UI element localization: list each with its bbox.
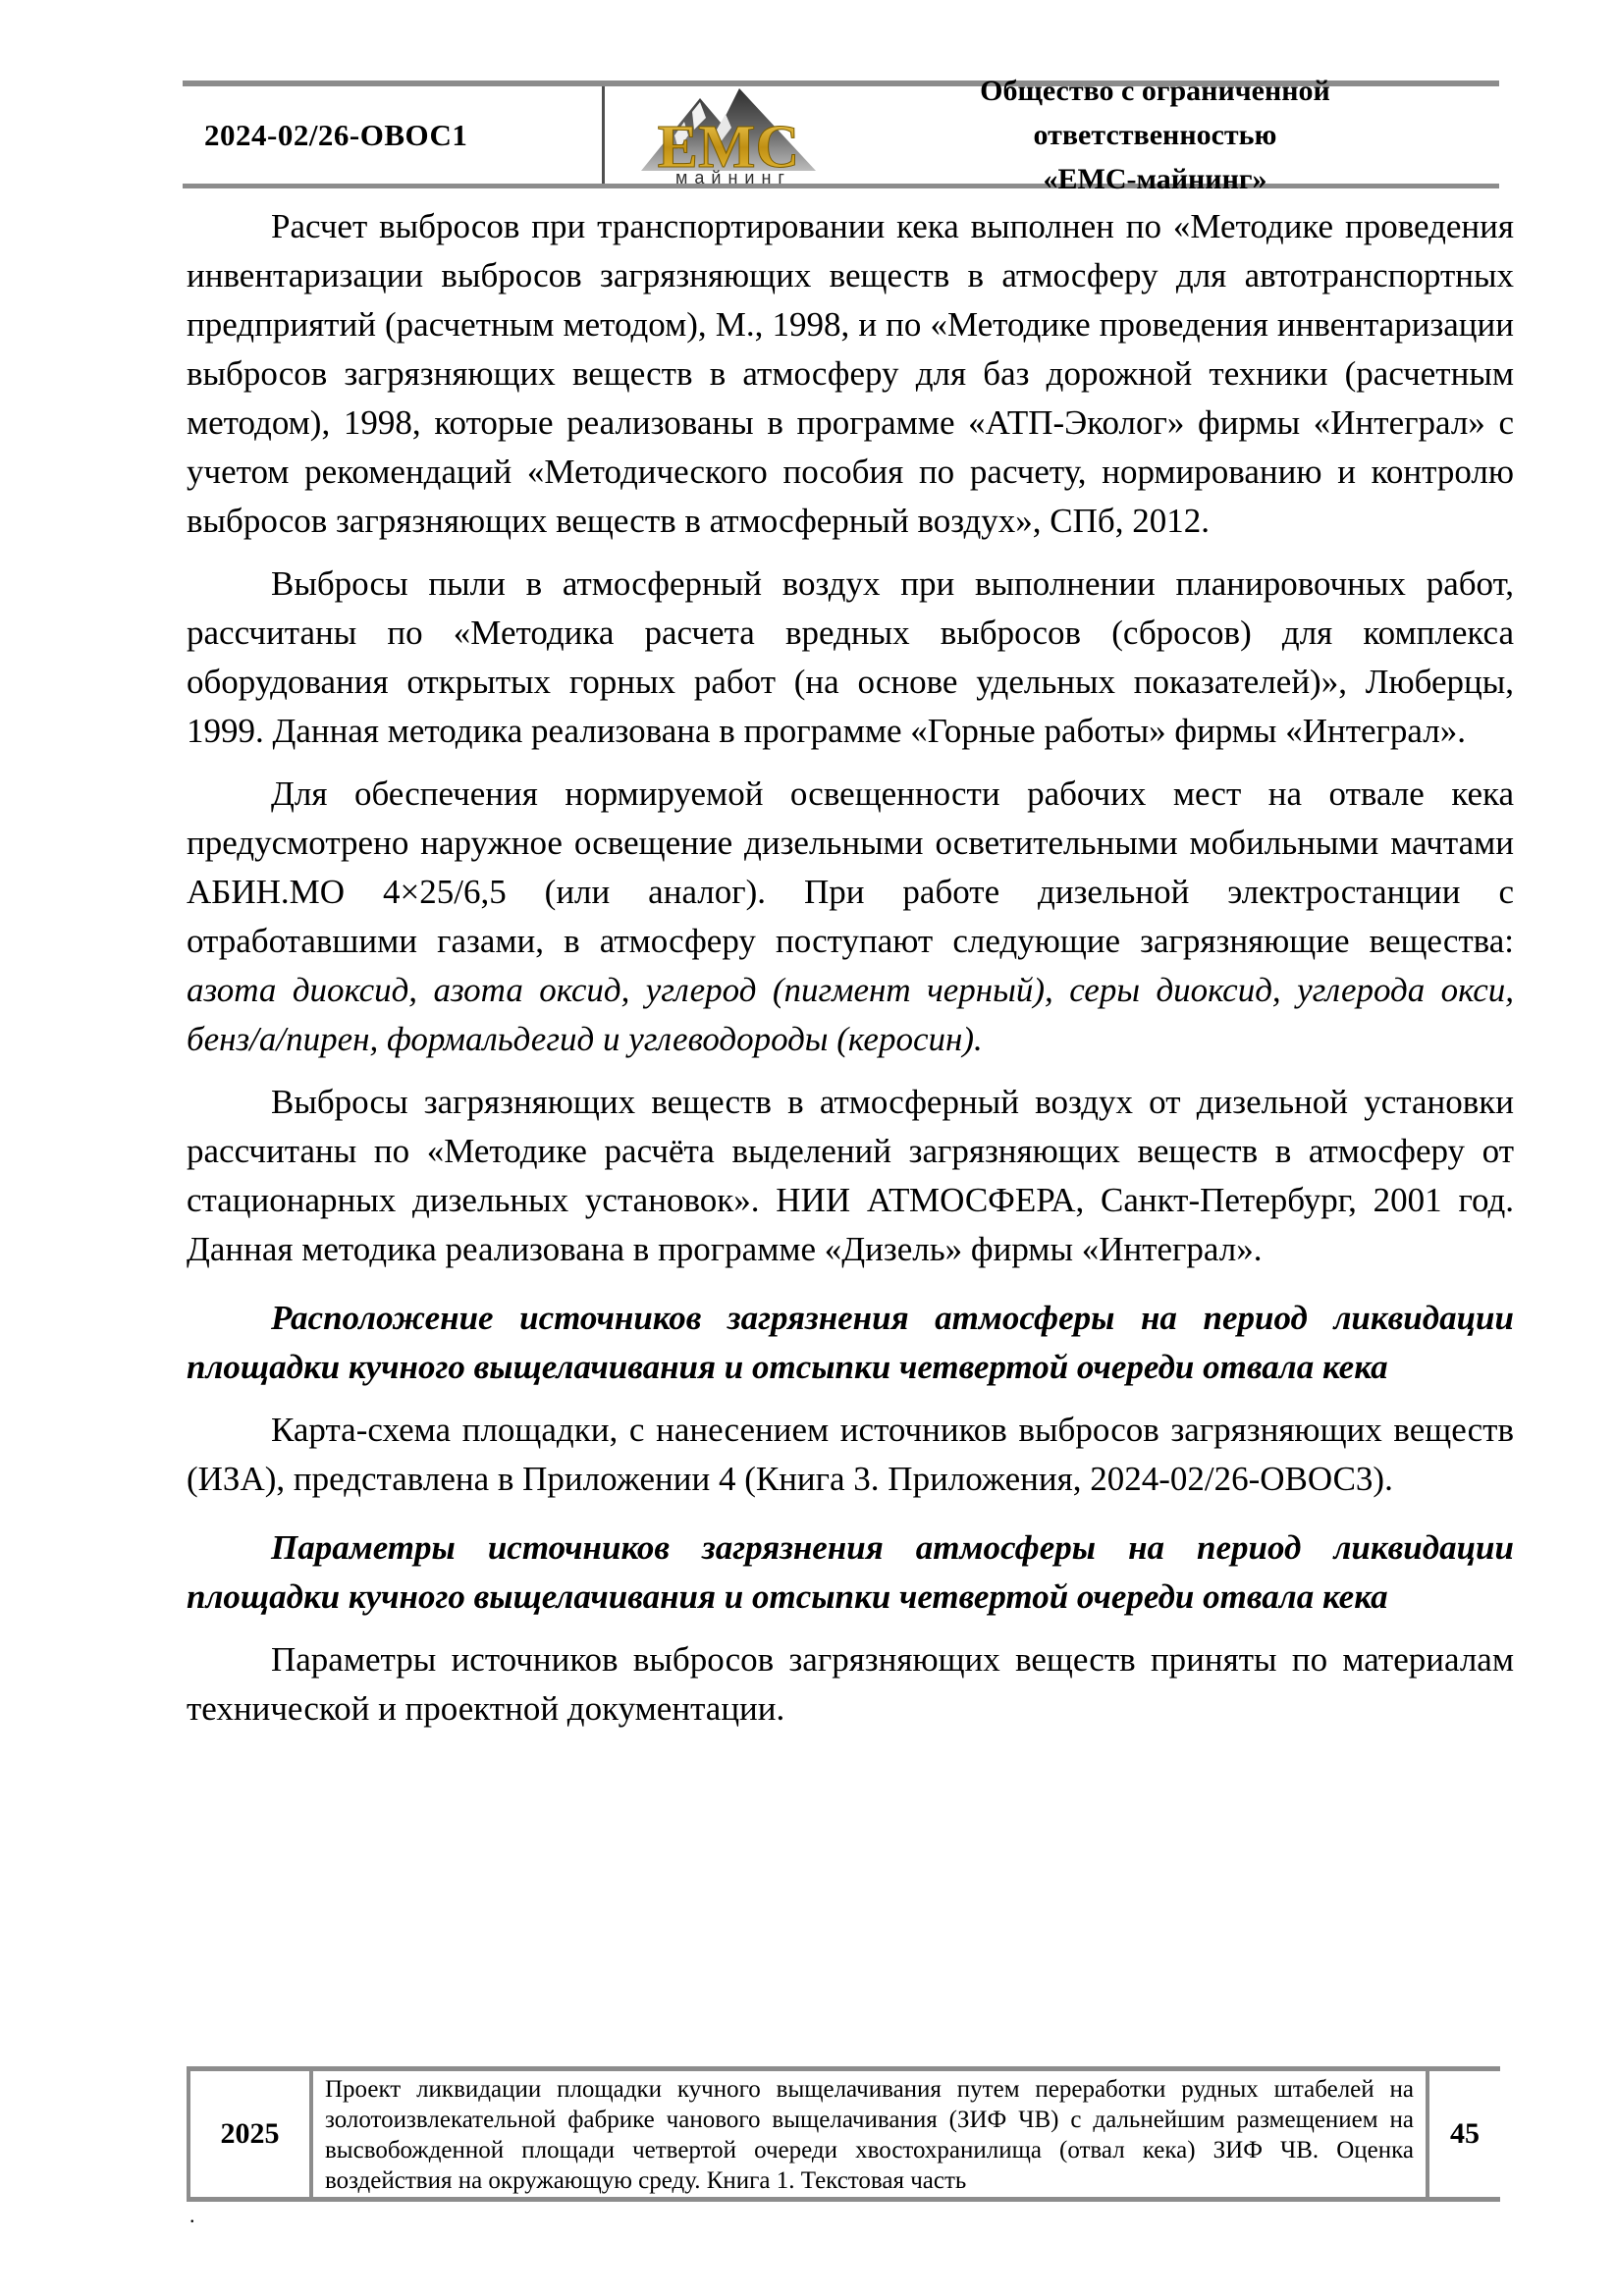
body-paragraph: Выбросы загрязняющих веществ в атмосферн… — [187, 1078, 1514, 1274]
text-segment-normal: Расчет выбросов при транспортировании ке… — [187, 207, 1514, 540]
document-body: Расчет выбросов при транспортировании ке… — [187, 202, 1514, 1747]
text-segment-normal: Карта-схема площадки, с нанесением источ… — [187, 1411, 1514, 1498]
header-divider — [602, 86, 605, 184]
document-code: 2024-02/26-ОВОС1 — [183, 86, 602, 184]
emc-logo-image: ЕМС майнинг — [623, 84, 839, 187]
text-segment-normal: Параметры источников выбросов загрязняющ… — [187, 1640, 1514, 1728]
logo-tagline: майнинг — [675, 168, 791, 187]
body-paragraph: Для обеспечения нормируемой освещенности… — [187, 770, 1514, 1064]
page-header: 2024-02/26-ОВОС1 — [183, 80, 1499, 188]
body-paragraph: Расчет выбросов при транспортировании ке… — [187, 202, 1514, 546]
corner-mark: . — [189, 2205, 195, 2226]
body-paragraph: Карта-схема площадки, с нанесением источ… — [187, 1406, 1514, 1504]
text-segment-normal: Расположение источников загрязнения атмо… — [187, 1299, 1514, 1386]
company-name-line1: Общество с ограниченной ответственностью — [870, 69, 1440, 157]
section-heading: Расположение источников загрязнения атмо… — [187, 1294, 1514, 1392]
footer-year: 2025 — [190, 2071, 313, 2197]
footer-project-description: Проект ликвидации площадки кучного выщел… — [313, 2071, 1429, 2197]
page-footer: 2025 Проект ликвидации площадки кучного … — [187, 2066, 1500, 2202]
text-segment-italic: азота диоксид, азота оксид, углерод (пиг… — [187, 971, 1514, 1058]
document-page: 2024-02/26-ОВОС1 — [0, 0, 1616, 2296]
text-segment-normal: Параметры источников загрязнения атмосфе… — [187, 1528, 1514, 1616]
section-heading: Параметры источников загрязнения атмосфе… — [187, 1523, 1514, 1622]
company-name-line2: «ЕМС-майнинг» — [870, 157, 1440, 201]
text-segment-normal: Для обеспечения нормируемой освещенности… — [187, 774, 1514, 960]
footer-page-number: 45 — [1429, 2071, 1500, 2197]
body-paragraph: Выбросы пыли в атмосферный воздух при вы… — [187, 560, 1514, 756]
text-segment-normal: Выбросы загрязняющих веществ в атмосферн… — [187, 1083, 1514, 1268]
emc-logo: ЕМС майнинг — [623, 84, 839, 187]
body-paragraph: Параметры источников выбросов загрязняющ… — [187, 1635, 1514, 1734]
text-segment-normal: Выбросы пыли в атмосферный воздух при вы… — [187, 564, 1514, 750]
company-name: Общество с ограниченной ответственностью… — [870, 86, 1499, 184]
